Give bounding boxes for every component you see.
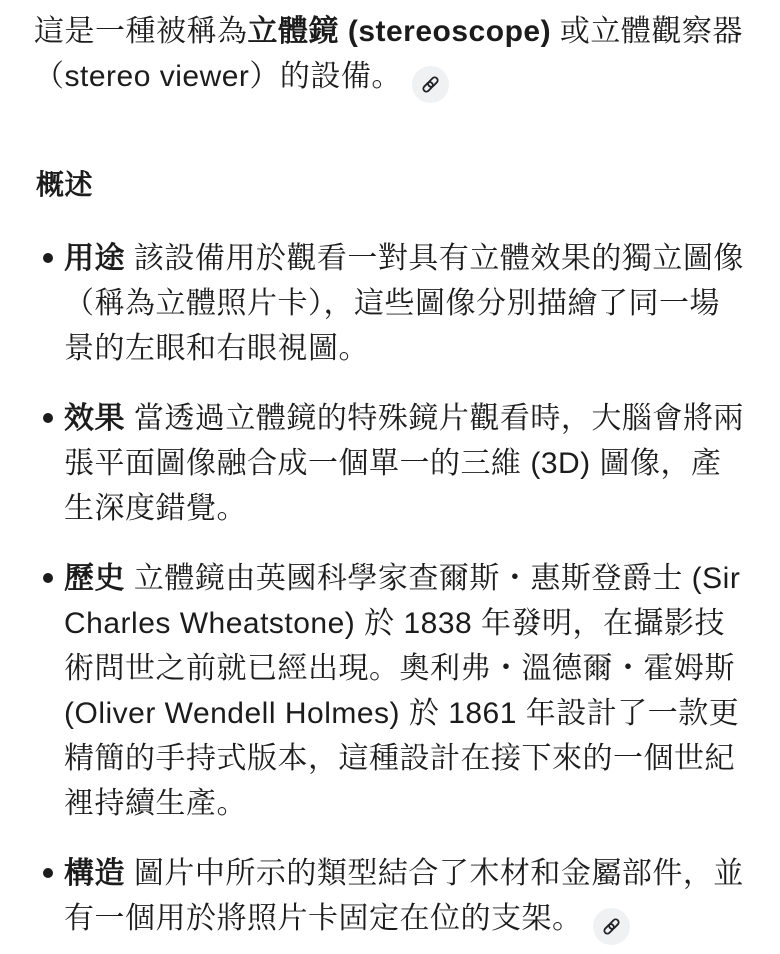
item-label: 歷史 [64, 562, 125, 595]
section-heading-overview: 概述 [36, 167, 744, 203]
list-item-usage: 用途 該設備用於觀看一對具有立體效果的獨立圖像（稱為立體照片卡），這些圖像分別描… [34, 236, 744, 371]
intro-text-lead: 這是一種被稱為 [34, 15, 248, 48]
citation-link-button[interactable] [412, 66, 449, 103]
link-icon [601, 916, 622, 937]
citation-link-button[interactable] [593, 908, 630, 945]
link-icon [420, 74, 441, 95]
list-item-history: 歷史 立體鏡由英國科學家查爾斯・惠斯登爵士 (Sir Charles Wheat… [34, 556, 744, 826]
item-text: 立體鏡由英國科學家查爾斯・惠斯登爵士 (Sir Charles Wheatsto… [64, 562, 740, 820]
item-label: 構造 [64, 857, 125, 890]
intro-paragraph: 這是一種被稱為立體鏡 (stereoscope) 或立體觀察器（stereo v… [34, 9, 744, 103]
intro-term-stereoscope: 立體鏡 (stereoscope) [248, 15, 552, 48]
item-label: 效果 [64, 402, 125, 435]
list-item-construction: 構造 圖片中所示的類型結合了木材和金屬部件，並有一個用於將照片卡固定在位的支架。 [34, 851, 744, 945]
list-item-effect: 效果 當透過立體鏡的特殊鏡片觀看時，大腦會將兩張平面圖像融合成一個單一的三維 (… [34, 396, 744, 531]
item-text: 圖片中所示的類型結合了木材和金屬部件，並有一個用於將照片卡固定在位的支架。 [64, 857, 744, 935]
item-text: 當透過立體鏡的特殊鏡片觀看時，大腦會將兩張平面圖像融合成一個單一的三維 (3D)… [64, 402, 744, 525]
answer-panel: 這是一種被稱為立體鏡 (stereoscope) 或立體觀察器（stereo v… [0, 0, 780, 945]
overview-list: 用途 該設備用於觀看一對具有立體效果的獨立圖像（稱為立體照片卡），這些圖像分別描… [34, 236, 744, 945]
item-text: 該設備用於觀看一對具有立體效果的獨立圖像（稱為立體照片卡），這些圖像分別描繪了同… [64, 242, 744, 365]
item-label: 用途 [64, 242, 125, 275]
